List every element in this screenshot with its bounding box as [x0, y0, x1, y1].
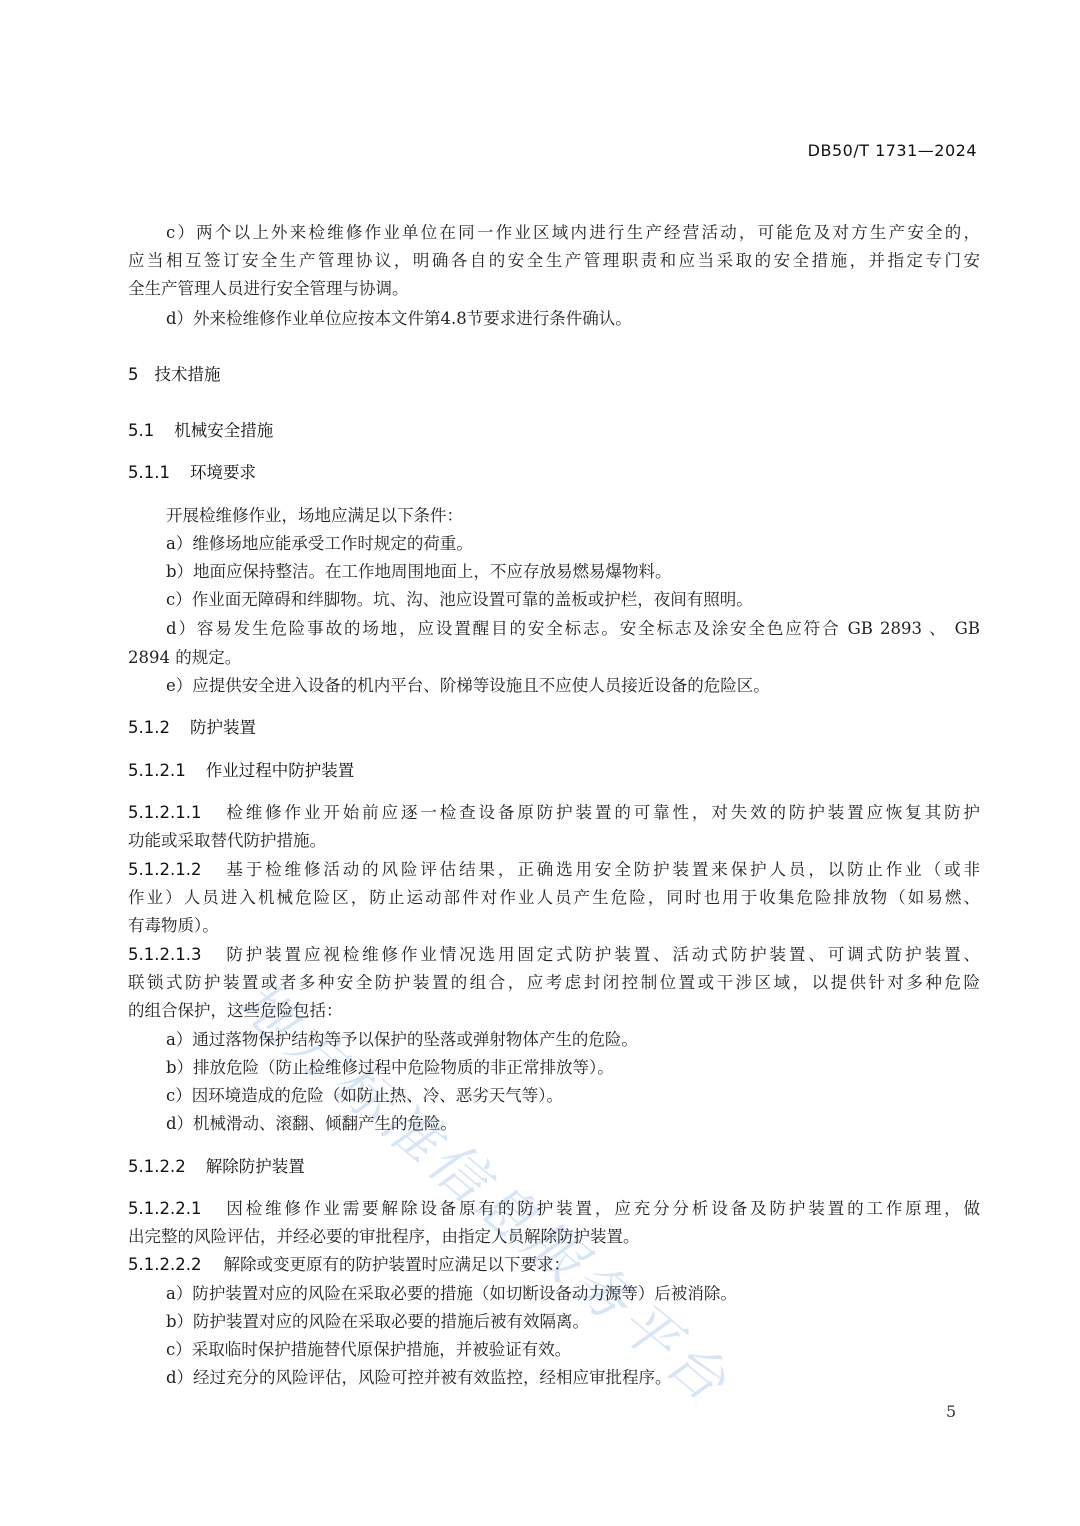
- list-item: e）应提供安全进入设备的机内平台、阶梯等设施且不应使人员接近设备的危险区。: [166, 672, 1018, 700]
- standard-code-header: DB50/T 1731—2024: [808, 141, 977, 160]
- clause-continuation: 出完整的风险评估，并经必要的审批程序，由指定人员解除防护装置。: [128, 1223, 980, 1251]
- clause-text: 防护装置应视检维修作业情况选用固定式防护装置、活动式防护装置、可调式防护装置、: [223, 945, 980, 964]
- lead-text: 开展检维修作业，场地应满足以下条件：: [166, 502, 1018, 530]
- clause-text: 检维修作业开始前应逐一检查设备原防护装置的可靠性，对失效的防护装置应恢复其防护: [223, 803, 980, 822]
- clause-5-1-2-1-3: 5.1.2.1.3防护装置应视检维修作业情况选用固定式防护装置、活动式防护装置、…: [128, 941, 980, 969]
- section-title: 防护装置: [190, 718, 256, 737]
- section-number: 5.1.2.2: [128, 1157, 186, 1176]
- clause-5-1-2-1-2: 5.1.2.1.2基于检维修活动的风险评估结果，正确选用安全防护装置来保护人员，…: [128, 856, 980, 884]
- clause-5-1-2-2-2: 5.1.2.2.2解除或变更原有的防护装置时应满足以下要求：: [128, 1251, 980, 1279]
- clause-text: 基于检维修活动的风险评估结果，正确选用安全防护装置来保护人员，以防止作业（或非: [223, 860, 980, 879]
- list-item: a）维修场地应能承受工作时规定的荷重。: [166, 530, 1018, 558]
- clause-5-1-2-2-1: 5.1.2.2.1因检维修作业需要解除设备原有的防护装置，应充分分析设备及防护装…: [128, 1195, 980, 1223]
- clause-continuation: 有毒物质）。: [128, 912, 980, 940]
- section-number: 5: [128, 365, 139, 384]
- section-title: 机械安全措施: [174, 421, 273, 440]
- list-item: c）因环境造成的危险（如防止热、冷、恶劣天气等）。: [166, 1082, 1018, 1110]
- section-title: 技术措施: [155, 365, 221, 384]
- clause-continuation: 联锁式防护装置或者多种安全防护装置的组合，应考虑封闭控制位置或干涉区域，以提供针…: [128, 969, 980, 997]
- section-title: 解除防护装置: [206, 1157, 305, 1176]
- section-number: 5.1.2: [128, 718, 170, 737]
- section-number: 5.1.2.1: [128, 761, 186, 780]
- list-item: b）排放危险（防止检维修过程中危险物质的非正常排放等）。: [166, 1054, 1018, 1082]
- section-title: 环境要求: [190, 463, 256, 482]
- section-number: 5.1.1: [128, 463, 170, 482]
- clause-continuation: 的组合保护，这些危险包括：: [128, 997, 980, 1025]
- section-title: 作业过程中防护装置: [206, 761, 355, 780]
- clause-number: 5.1.2.1.2: [128, 860, 201, 879]
- clause-number: 5.1.2.1.1: [128, 803, 201, 822]
- clause-number: 5.1.2.2.1: [128, 1199, 201, 1218]
- paragraph-c-line2: 应当相互签订安全生产管理协议，明确各自的安全生产管理职责和应当采取的安全措施，并…: [128, 247, 980, 275]
- list-item: d）经过充分的风险评估，风险可控并被有效监控，经相应审批程序。: [166, 1364, 1018, 1392]
- section-5-1-2-2-heading: 5.1.2.2解除防护装置: [128, 1153, 980, 1181]
- section-number: 5.1: [128, 421, 154, 440]
- list-item: b）防护装置对应的风险在采取必要的措施后被有效隔离。: [166, 1308, 1018, 1336]
- paragraph-d-line1: d）外来检维修作业单位应按本文件第4.8节要求进行条件确认。: [166, 305, 1018, 333]
- clause-continuation: 作业）人员进入机械危险区，防止运动部件对作业人员产生危险，同时也用于收集危险排放…: [128, 884, 980, 912]
- clause-text: 解除或变更原有的防护装置时应满足以下要求：: [223, 1255, 570, 1274]
- list-item: a）通过落物保护结构等予以保护的坠落或弹射物体产生的危险。: [166, 1026, 1018, 1054]
- list-item-continuation: 2894 的规定。: [128, 644, 980, 672]
- section-5-1-1-heading: 5.1.1环境要求: [128, 459, 980, 487]
- list-item: c）采取临时保护措施替代原保护措施，并被验证有效。: [166, 1336, 1018, 1364]
- list-item: d）机械滑动、滚翻、倾翻产生的危险。: [166, 1110, 1018, 1138]
- list-item: b）地面应保持整洁。在工作地周围地面上，不应存放易燃易爆物料。: [166, 558, 1018, 586]
- paragraph-c-line1: c）两个以上外来检维修作业单位在同一作业区域内进行生产经营活动，可能危及对方生产…: [166, 219, 980, 247]
- section-5-1-2-heading: 5.1.2防护装置: [128, 714, 980, 742]
- list-item: a）防护装置对应的风险在采取必要的措施（如切断设备动力源等）后被消除。: [166, 1280, 1018, 1308]
- list-item: c）作业面无障碍和绊脚物。坑、沟、池应设置可靠的盖板或护栏，夜间有照明。: [166, 586, 1018, 614]
- page-number: 5: [946, 1402, 956, 1421]
- clause-number: 5.1.2.1.3: [128, 945, 201, 964]
- section-5-1-heading: 5.1机械安全措施: [128, 417, 980, 445]
- clause-5-1-2-1-1: 5.1.2.1.1检维修作业开始前应逐一检查设备原防护装置的可靠性，对失效的防护…: [128, 799, 980, 827]
- list-item: d）容易发生危险事故的场地，应设置醒目的安全标志。安全标志及涂安全色应符合 GB…: [166, 615, 980, 643]
- clause-text: 因检维修作业需要解除设备原有的防护装置，应充分分析设备及防护装置的工作原理，做: [223, 1199, 980, 1218]
- paragraph-c-line3: 全生产管理人员进行安全管理与协调。: [128, 275, 980, 303]
- section-5-1-2-1-heading: 5.1.2.1作业过程中防护装置: [128, 757, 980, 785]
- clause-continuation: 功能或采取替代防护措施。: [128, 827, 980, 855]
- section-5-heading: 5技术措施: [128, 361, 980, 389]
- clause-number: 5.1.2.2.2: [128, 1255, 201, 1274]
